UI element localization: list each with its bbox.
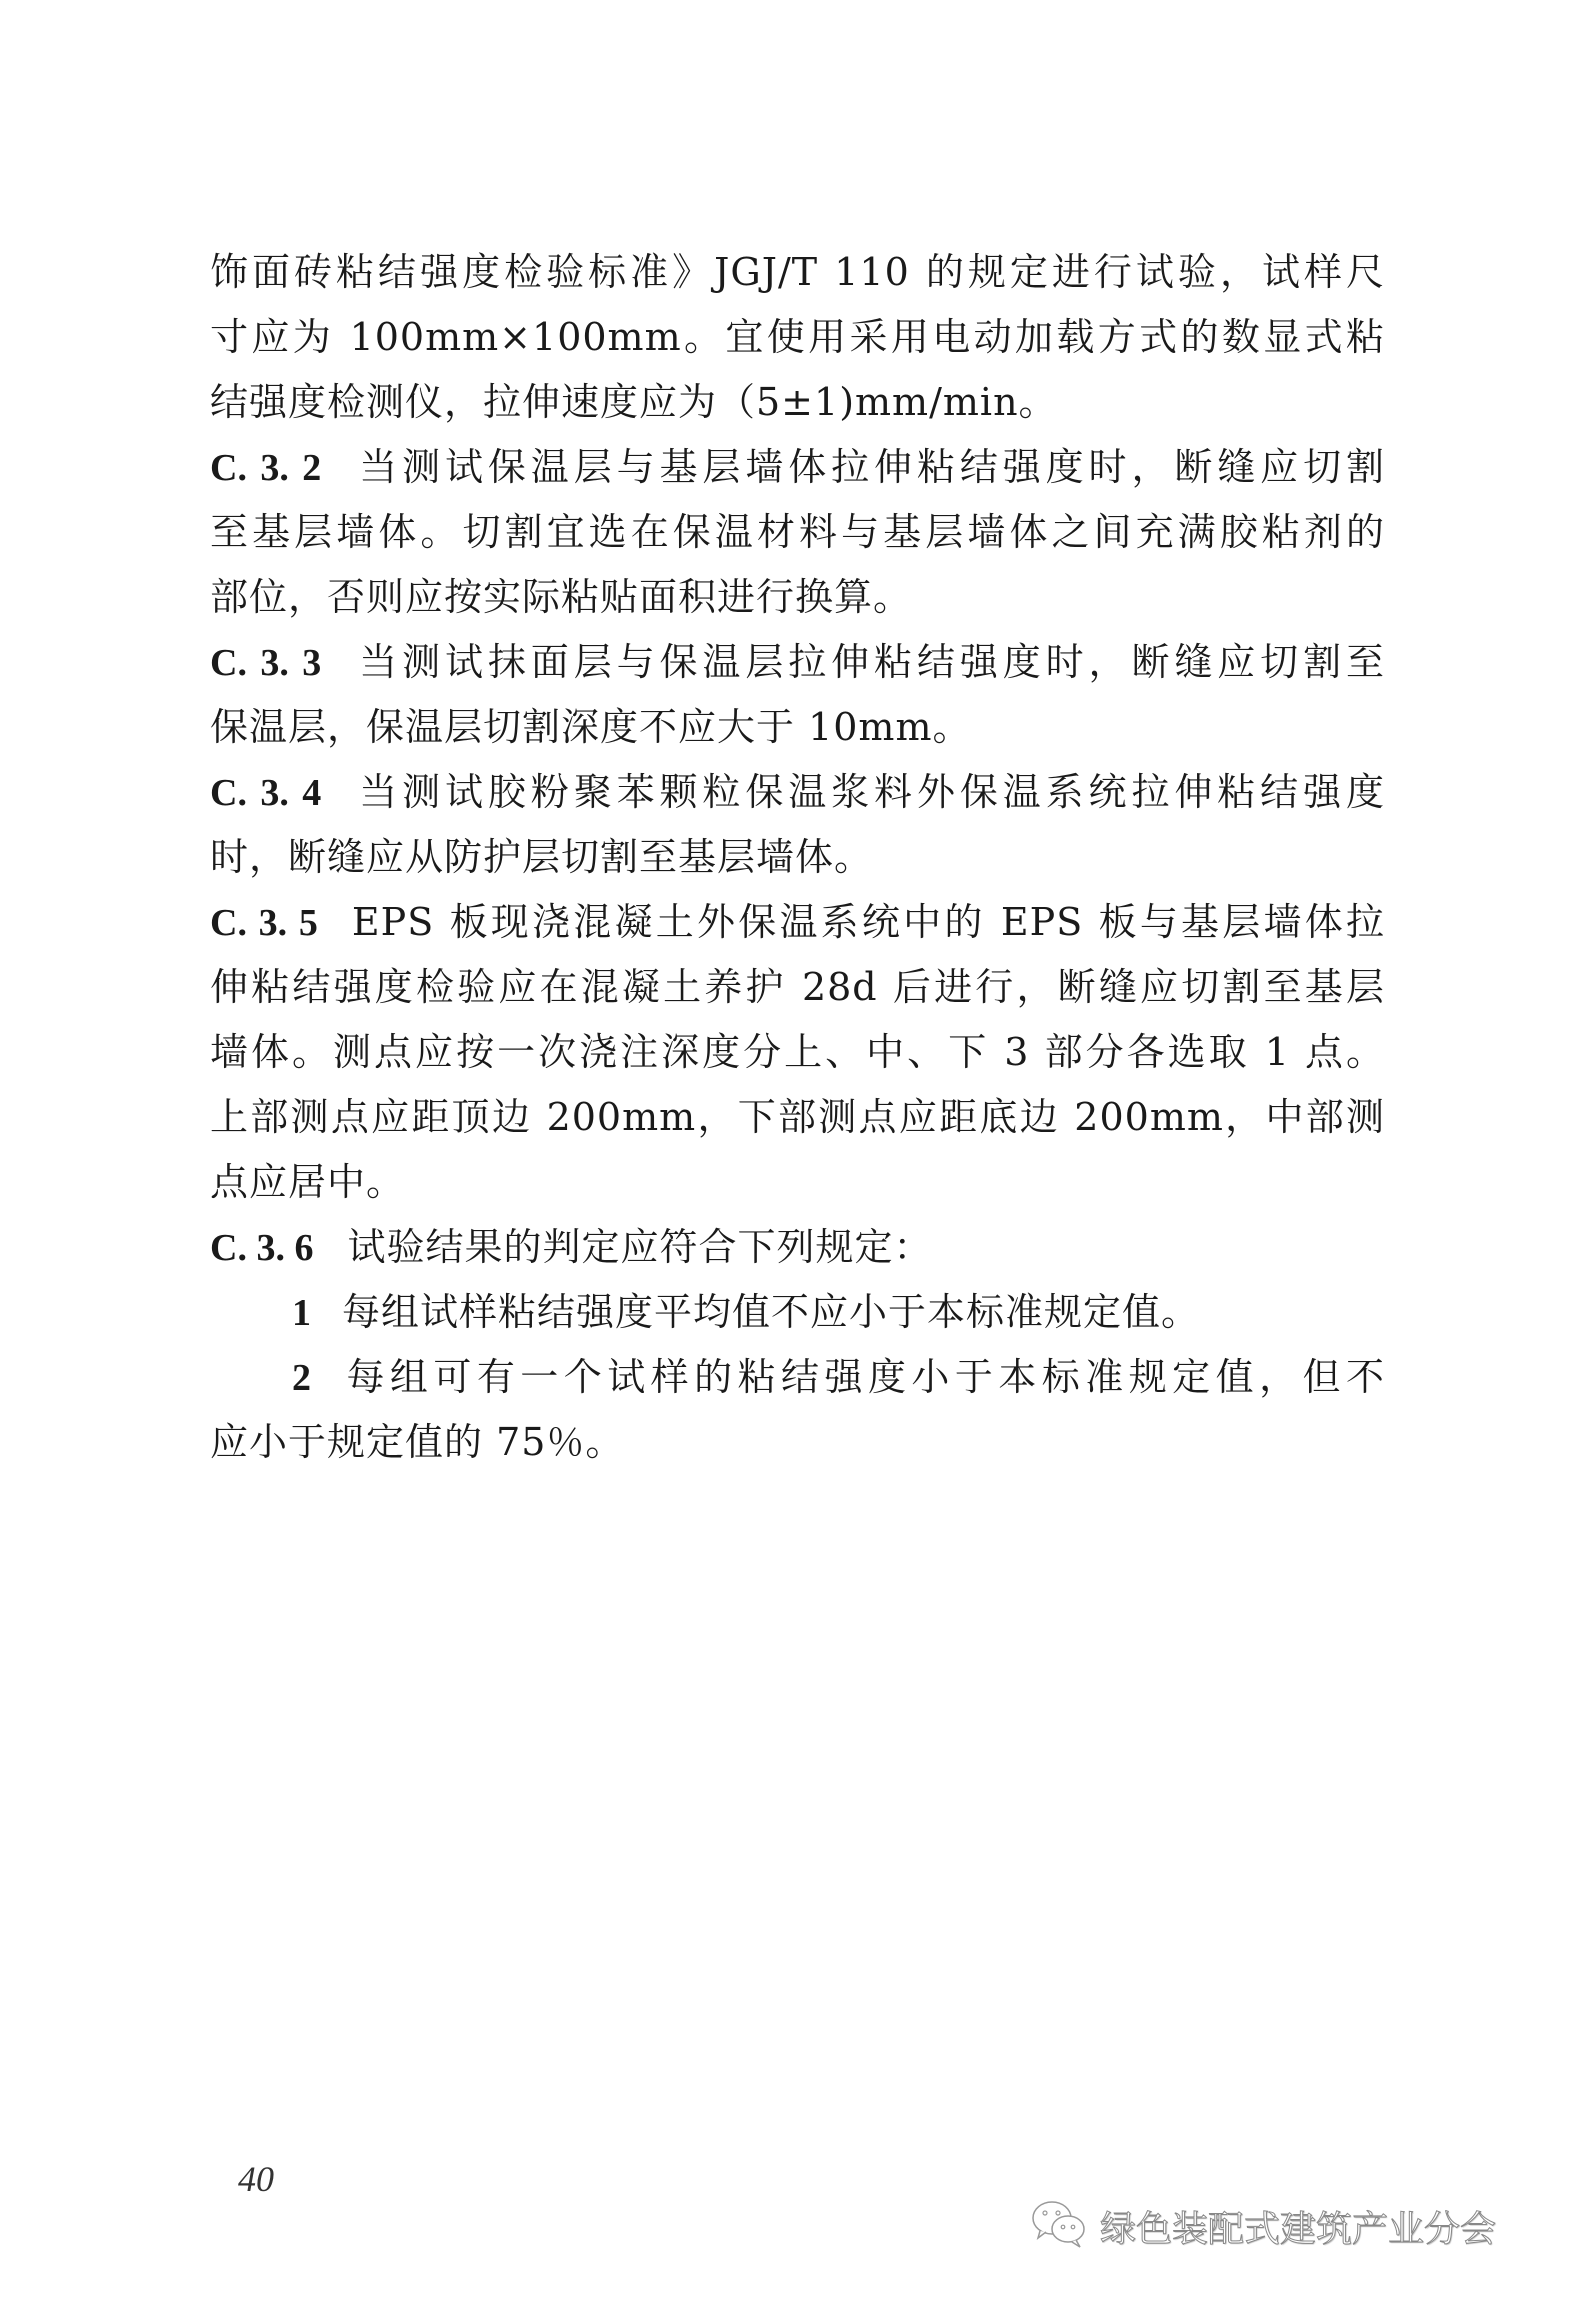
list-item-2: 2每组可有一个试样的粘结强度小于本标准规定值，但不 — [210, 1345, 1385, 1410]
list-item-1: 1每组试样粘结强度平均值不应小于本标准规定值。 — [210, 1280, 1385, 1345]
clause-c-3-6: C. 3. 6试验结果的判定应符合下列规定： 1每组试样粘结强度平均值不应小于本… — [210, 1215, 1385, 1475]
text-line: 当测试抹面层与保温层拉伸粘结强度时，断缝应切割至 — [355, 640, 1385, 684]
text-line: 至基层墙体。切割宜选在保温材料与基层墙体之间充满胶粘剂的 — [210, 500, 1385, 565]
clause-number: C. 3. 5 — [210, 902, 318, 944]
clause-number: C. 3. 4 — [210, 772, 321, 814]
paragraph-continuation: 饰面砖粘结强度检验标准》JGJ/T 110 的规定进行试验，试样尺 寸应为 10… — [210, 240, 1385, 435]
text-line: 应小于规定值的 75％。 — [210, 1410, 1385, 1475]
watermark-text: 绿色装配式建筑产业分会 — [1100, 2201, 1496, 2252]
text-line: 试验结果的判定应符合下列规定： — [347, 1225, 932, 1269]
watermark: 绿色装配式建筑产业分会 — [1030, 2198, 1496, 2254]
text-line: EPS 板现浇混凝土外保温系统中的 EPS 板与基层墙体拉 — [352, 900, 1385, 944]
text-line: 保温层，保温层切割深度不应大于 10mm。 — [210, 695, 1385, 760]
text-line: 每组试样粘结强度平均值不应小于本标准规定值。 — [342, 1290, 1200, 1334]
text-line: 部位，否则应按实际粘贴面积进行换算。 — [210, 565, 1385, 630]
item-number: 1 — [292, 1292, 312, 1334]
text-line: 寸应为 100mm×100mm。宜使用采用电动加载方式的数显式粘 — [210, 305, 1385, 370]
wechat-icon — [1030, 2198, 1090, 2254]
text-line: 饰面砖粘结强度检验标准》JGJ/T 110 的规定进行试验，试样尺 — [210, 240, 1385, 305]
clause-c-3-2: C. 3. 2当测试保温层与基层墙体拉伸粘结强度时，断缝应切割 至基层墙体。切割… — [210, 435, 1385, 630]
clause-number: C. 3. 6 — [210, 1227, 313, 1269]
text-line: 当测试胶粉聚苯颗粒保温浆料外保温系统拉伸粘结强度 — [355, 770, 1385, 814]
clause-number: C. 3. 2 — [210, 447, 321, 489]
page-number: 40 — [238, 2158, 274, 2200]
document-body: 饰面砖粘结强度检验标准》JGJ/T 110 的规定进行试验，试样尺 寸应为 10… — [210, 240, 1385, 1475]
item-number: 2 — [292, 1357, 312, 1399]
text-line: 点应居中。 — [210, 1150, 1385, 1215]
text-line: 当测试保温层与基层墙体拉伸粘结强度时，断缝应切割 — [355, 445, 1385, 489]
clause-c-3-5: C. 3. 5EPS 板现浇混凝土外保温系统中的 EPS 板与基层墙体拉 伸粘结… — [210, 890, 1385, 1215]
text-line: 结强度检测仪，拉伸速度应为（5±1)mm/min。 — [210, 370, 1385, 435]
text-line: 墙体。测点应按一次浇注深度分上、中、下 3 部分各选取 1 点。 — [210, 1020, 1385, 1085]
text-line: 上部测点应距顶边 200mm，下部测点应距底边 200mm，中部测 — [210, 1085, 1385, 1150]
text-line: 伸粘结强度检验应在混凝土养护 28d 后进行，断缝应切割至基层 — [210, 955, 1385, 1020]
text-line: 时，断缝应从防护层切割至基层墙体。 — [210, 825, 1385, 890]
text-line: 每组可有一个试样的粘结强度小于本标准规定值，但不 — [342, 1355, 1385, 1399]
clause-c-3-4: C. 3. 4当测试胶粉聚苯颗粒保温浆料外保温系统拉伸粘结强度 时，断缝应从防护… — [210, 760, 1385, 890]
clause-c-3-3: C. 3. 3当测试抹面层与保温层拉伸粘结强度时，断缝应切割至 保温层，保温层切… — [210, 630, 1385, 760]
clause-number: C. 3. 3 — [210, 642, 321, 684]
